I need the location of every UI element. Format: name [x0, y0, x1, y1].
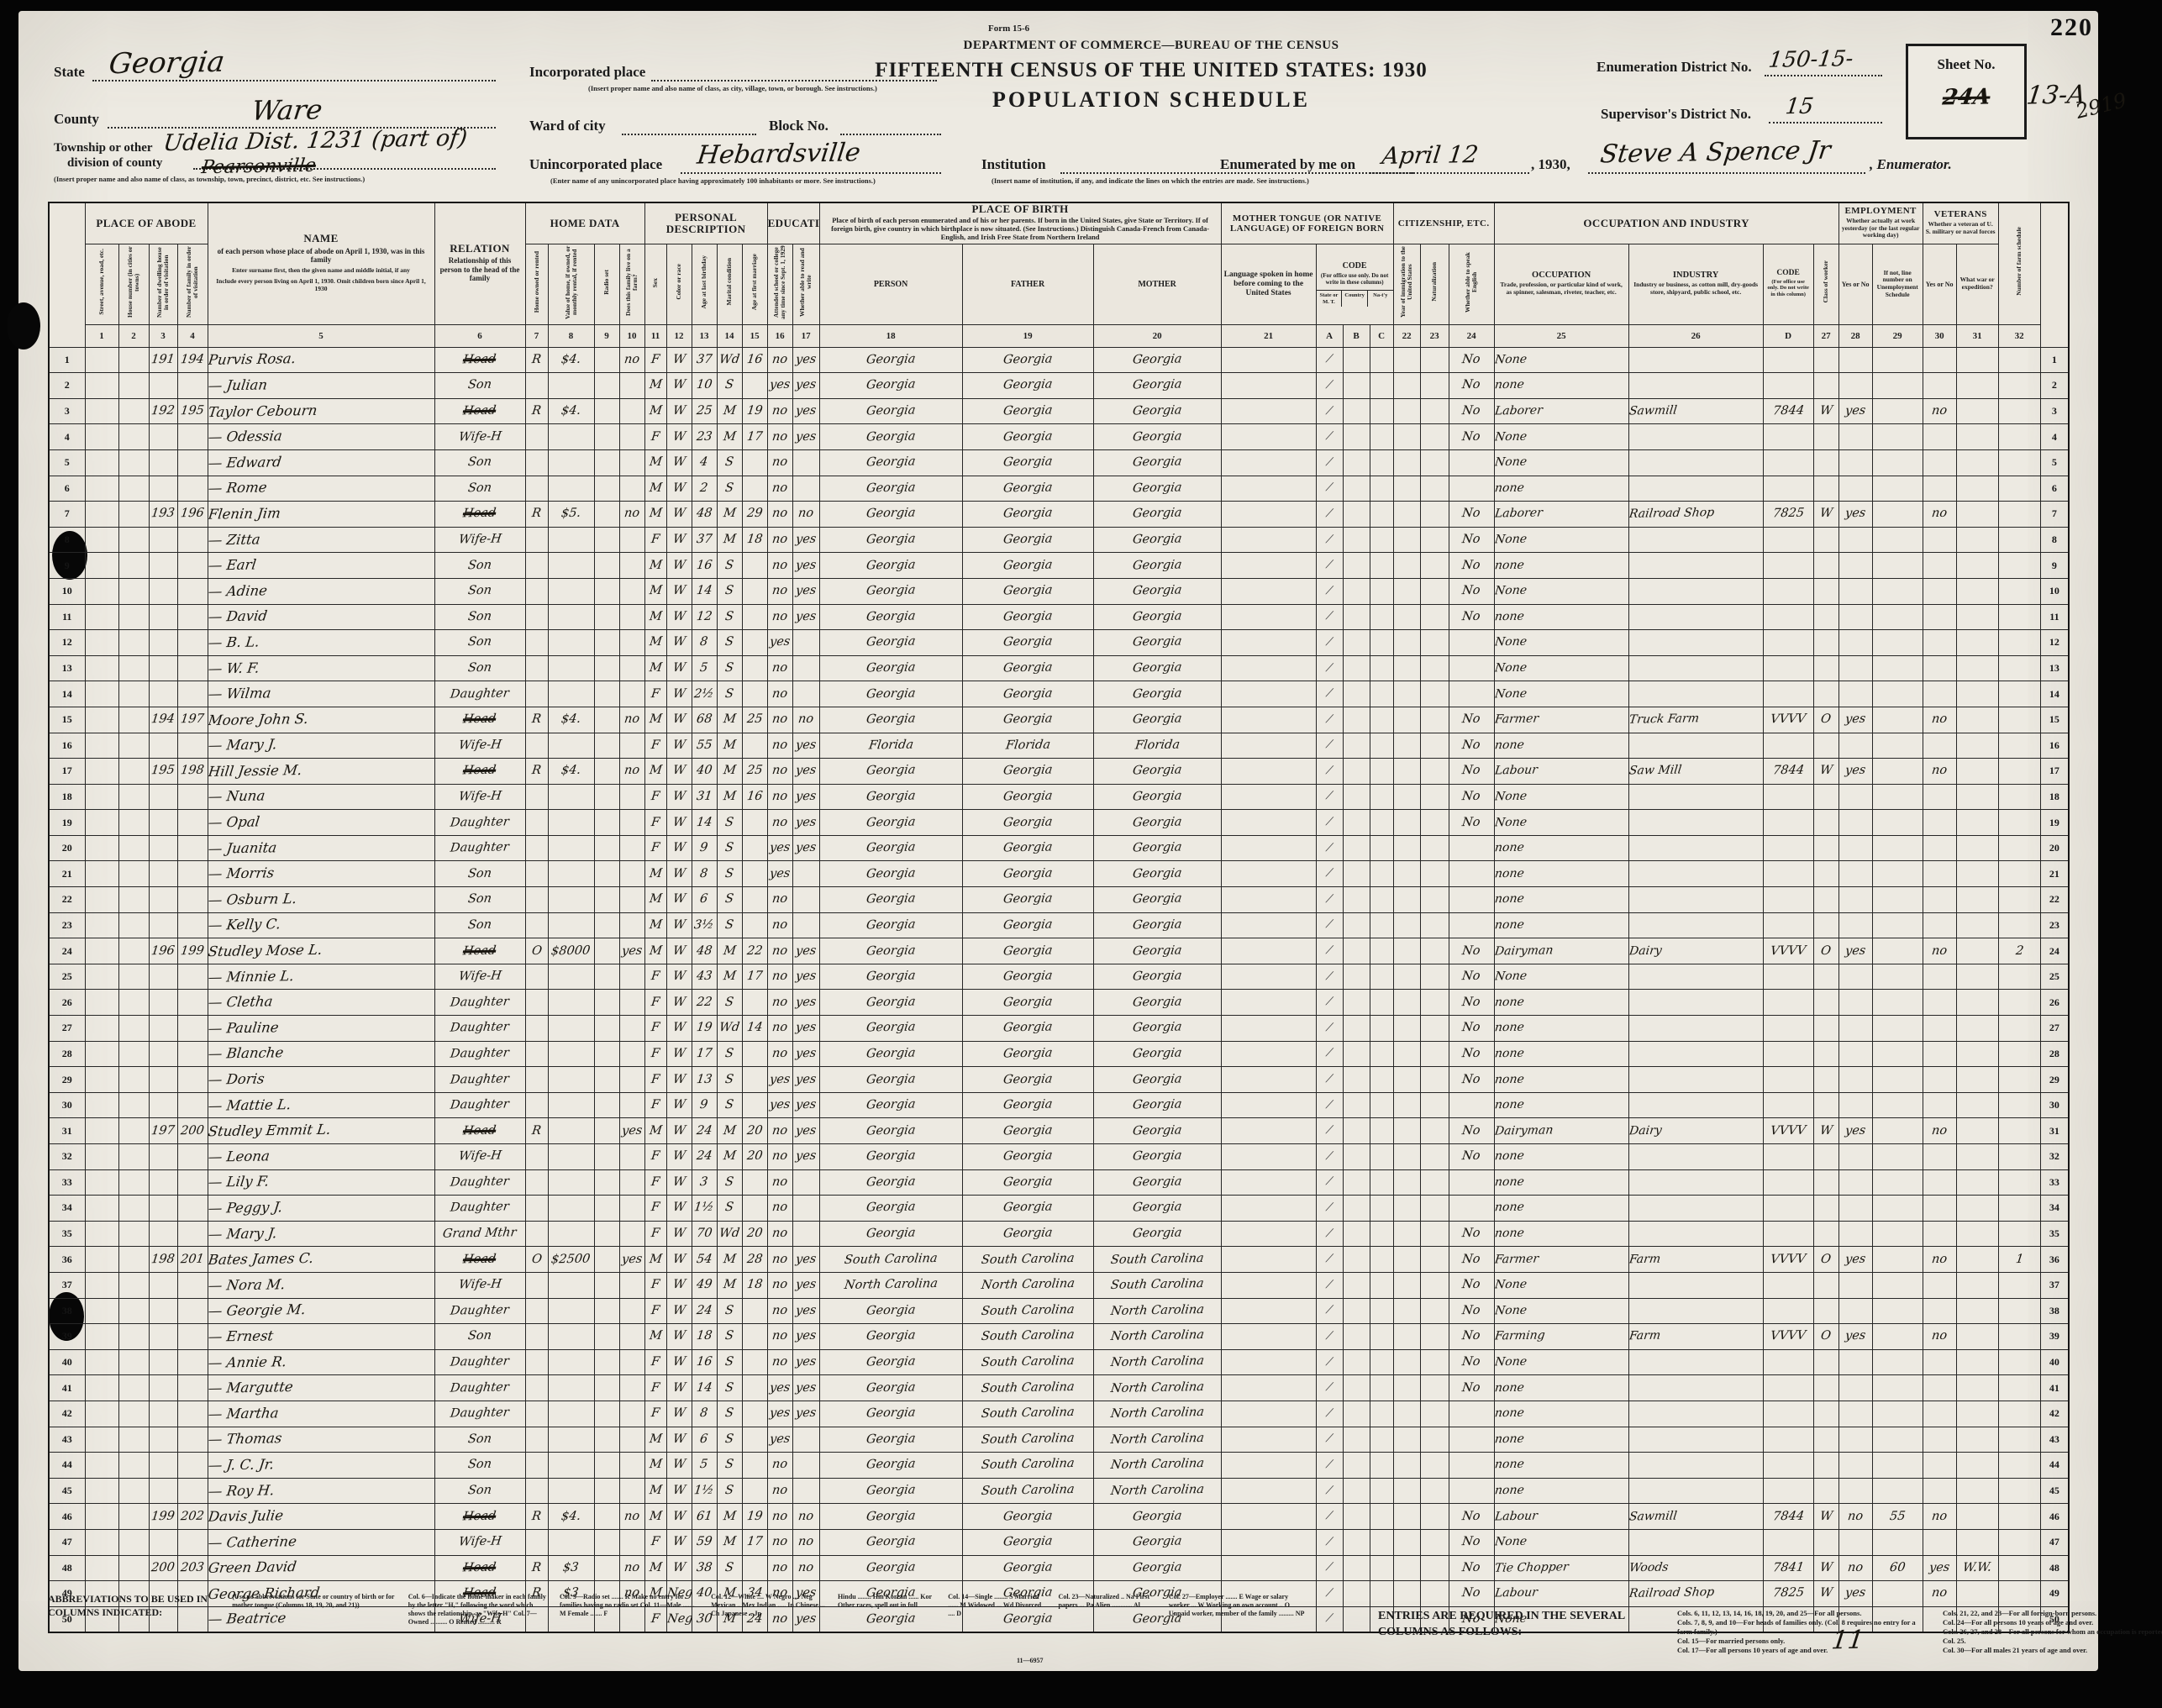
table-row: 45— Roy H.SonMW1½SnoGeorgiaSouth Carolin… — [49, 1478, 2069, 1504]
cell — [149, 733, 177, 759]
cell — [1370, 527, 1393, 553]
cell: Georgia — [1093, 1504, 1221, 1530]
cell — [1628, 1478, 1763, 1504]
cell — [594, 1401, 619, 1427]
column-number: B — [1343, 324, 1370, 347]
cell — [548, 1221, 594, 1247]
cell — [1343, 1324, 1370, 1350]
cell: ⁄ — [1316, 398, 1343, 424]
cell: Head — [434, 1247, 525, 1273]
cell: South Carolina — [962, 1298, 1093, 1324]
cell — [1393, 1272, 1420, 1298]
cell — [548, 1144, 594, 1170]
cell — [1998, 1298, 2040, 1324]
cell — [619, 1298, 644, 1324]
cell: Georgia — [1093, 604, 1221, 630]
cell — [525, 733, 548, 759]
cell — [792, 912, 819, 938]
cell — [1393, 1555, 1420, 1581]
column-number: 10 — [619, 324, 644, 347]
cell: ⁄ — [1316, 1427, 1343, 1453]
cell: F — [644, 1016, 666, 1042]
cell: — Mattie L. — [208, 1092, 434, 1118]
cell — [1420, 1272, 1449, 1298]
cell — [1813, 1067, 1838, 1093]
cell — [1763, 1092, 1813, 1118]
cell — [1872, 1041, 1923, 1067]
cell — [742, 1427, 767, 1453]
cell: ⁄ — [1316, 502, 1343, 528]
cell — [1763, 1144, 1813, 1170]
cell: 24 — [692, 1144, 717, 1170]
cell: W — [666, 1067, 692, 1093]
cell: S — [717, 861, 742, 887]
cell: ⁄ — [1316, 1221, 1343, 1247]
cell — [1763, 990, 1813, 1016]
cell: Hill Jessie M. — [208, 759, 434, 785]
col-language: Language spoken in home before coming to… — [1221, 244, 1316, 324]
column-number: 22 — [1393, 324, 1420, 347]
cell — [1393, 733, 1420, 759]
cell — [1393, 835, 1420, 861]
cell — [594, 578, 619, 604]
cell: Wife-H — [434, 784, 525, 810]
cell — [1872, 707, 1923, 733]
cell — [1956, 1041, 1998, 1067]
cell: S — [717, 835, 742, 861]
cell — [619, 990, 644, 1016]
cell — [149, 1221, 177, 1247]
cell — [118, 938, 149, 964]
cell — [1956, 1478, 1998, 1504]
cell: Georgia — [962, 1067, 1093, 1093]
cell: S — [717, 1298, 742, 1324]
cell — [1370, 655, 1393, 681]
cell — [742, 835, 767, 861]
cell: Farming — [1494, 1324, 1628, 1350]
cell: — Kelly C. — [208, 912, 434, 938]
cell — [1420, 1067, 1449, 1093]
cell: W — [666, 1453, 692, 1479]
table-row: 48200203Green DavidHeadR$3noMW38SnonoGeo… — [49, 1555, 2069, 1581]
cell — [85, 912, 118, 938]
cell — [118, 1375, 149, 1401]
cell: no — [767, 398, 792, 424]
cell: S — [717, 810, 742, 836]
cell: Georgia — [962, 347, 1093, 373]
cell: R — [525, 347, 548, 373]
cell — [1813, 990, 1838, 1016]
col-home-value: Value of home, if owned, or monthly rent… — [548, 244, 594, 324]
cell — [742, 373, 767, 399]
cell: 8 — [692, 630, 717, 656]
cell — [1370, 938, 1393, 964]
cell — [149, 449, 177, 476]
cell: R — [525, 398, 548, 424]
cell: ⁄ — [1316, 1144, 1343, 1170]
cell — [1420, 1555, 1449, 1581]
cell: Son — [434, 887, 525, 913]
cell — [1763, 578, 1813, 604]
cell — [1221, 707, 1316, 733]
cell — [1221, 681, 1316, 707]
unincorporated-label: Unincorporated place — [529, 156, 662, 173]
cell: Georgia — [1093, 759, 1221, 785]
cell — [1763, 1453, 1813, 1479]
cell — [1956, 553, 1998, 579]
cell — [1998, 1324, 2040, 1350]
cell: no — [767, 1349, 792, 1375]
cell — [1370, 964, 1393, 990]
cell: None — [1494, 964, 1628, 990]
cell: Georgia — [819, 861, 962, 887]
cell: S — [717, 630, 742, 656]
cell: 14 — [742, 1016, 767, 1042]
cell — [1370, 707, 1393, 733]
cell — [1393, 1298, 1420, 1324]
cell: S — [717, 449, 742, 476]
cell — [1420, 964, 1449, 990]
cell: — Juanita — [208, 835, 434, 861]
cell — [1628, 424, 1763, 450]
cell — [1998, 1144, 2040, 1170]
cell — [548, 784, 594, 810]
cell — [619, 630, 644, 656]
cell: Georgia — [1093, 1092, 1221, 1118]
cell — [594, 476, 619, 502]
cell — [1813, 553, 1838, 579]
cell: M — [717, 733, 742, 759]
cell — [1420, 990, 1449, 1016]
cell — [1956, 1324, 1998, 1350]
cell: ⁄ — [1316, 449, 1343, 476]
cell — [1420, 1247, 1449, 1273]
cell: No — [1449, 347, 1494, 373]
table-row: 13— W. F.SonMW5SnoGeorgiaGeorgiaGeorgia⁄… — [49, 655, 2069, 681]
block-label: Block No. — [769, 118, 829, 134]
cell — [85, 1504, 118, 1530]
cell — [548, 373, 594, 399]
cell: Georgia — [962, 1118, 1093, 1144]
cell — [1628, 1169, 1763, 1196]
cell: yes — [1838, 1581, 1872, 1607]
cell: Georgia — [819, 655, 962, 681]
cell — [1872, 681, 1923, 707]
cell: Son — [434, 604, 525, 630]
cell — [619, 1478, 644, 1504]
cell: no — [767, 553, 792, 579]
cell: Tie Chopper — [1494, 1555, 1628, 1581]
cell: yes — [792, 553, 819, 579]
cell — [619, 1144, 644, 1170]
cell: None — [1494, 810, 1628, 836]
cell: No — [1449, 938, 1494, 964]
cell: No — [1449, 604, 1494, 630]
cell — [1370, 784, 1393, 810]
cell — [85, 1375, 118, 1401]
cell: S — [717, 1349, 742, 1375]
cell — [1628, 1349, 1763, 1375]
cell — [1370, 476, 1393, 502]
col-age: Age at last birthday — [692, 244, 717, 324]
cell — [1370, 1247, 1393, 1273]
cell: 30 — [49, 1092, 85, 1118]
cell — [1343, 1453, 1370, 1479]
cell: None — [1494, 681, 1628, 707]
cell — [1923, 1427, 1956, 1453]
cell — [1956, 784, 1998, 810]
cell: No — [1449, 527, 1494, 553]
cell: R — [525, 502, 548, 528]
cell — [548, 861, 594, 887]
cell: 5 — [2040, 449, 2069, 476]
cell — [1449, 681, 1494, 707]
cell: ⁄ — [1316, 630, 1343, 656]
cell: 20 — [742, 1118, 767, 1144]
cell: 38 — [49, 1298, 85, 1324]
cell: W — [1813, 1118, 1838, 1144]
cell — [1628, 449, 1763, 476]
cell — [177, 784, 208, 810]
cell — [1956, 1349, 1998, 1375]
cell — [1370, 1427, 1393, 1453]
cell: 47 — [2040, 1529, 2069, 1555]
cell: South Carolina — [962, 1427, 1093, 1453]
col-year-immigration: Year of immigration to the United States — [1393, 244, 1420, 324]
cell — [1872, 1247, 1923, 1273]
cell: Daughter — [434, 835, 525, 861]
table-row: 12— B. L.SonMW8SyesGeorgiaGeorgiaGeorgia… — [49, 630, 2069, 656]
table-row: 24196199Studley Mose L.HeadO$8000yesMW48… — [49, 938, 2069, 964]
cell: W — [666, 1016, 692, 1042]
column-number: 5 — [208, 324, 434, 347]
cell — [1923, 527, 1956, 553]
cell: ⁄ — [1316, 1298, 1343, 1324]
cell: no — [767, 604, 792, 630]
cell: Green David — [208, 1555, 434, 1581]
cell — [1813, 1041, 1838, 1067]
ward-label: Ward of city — [529, 118, 606, 134]
cell: no — [619, 759, 644, 785]
cell: no — [767, 990, 792, 1016]
column-number: 29 — [1872, 324, 1923, 347]
table-row: 16— Mary J.Wife-HFW55MnoyesFloridaFlorid… — [49, 733, 2069, 759]
cell: No — [1449, 707, 1494, 733]
cell — [1838, 861, 1872, 887]
cell: Georgia — [819, 1196, 962, 1222]
cell: 3 — [49, 398, 85, 424]
cell: F — [644, 1169, 666, 1196]
cell: 196 — [149, 938, 177, 964]
cell: W — [666, 733, 692, 759]
cell — [619, 964, 644, 990]
cell — [1628, 784, 1763, 810]
cell: 3 — [2040, 398, 2069, 424]
cell: M — [717, 1529, 742, 1555]
cell — [792, 887, 819, 913]
cell: 25 — [49, 964, 85, 990]
cell — [1813, 630, 1838, 656]
cell: None — [1494, 527, 1628, 553]
cell: ⁄ — [1316, 912, 1343, 938]
cell — [548, 1067, 594, 1093]
cell — [1763, 630, 1813, 656]
cell — [177, 733, 208, 759]
cell: W — [666, 1092, 692, 1118]
cell: F — [644, 784, 666, 810]
cell: Georgia — [962, 784, 1093, 810]
cell: ⁄ — [1316, 784, 1343, 810]
cell: ⁄ — [1316, 1272, 1343, 1298]
cell — [1420, 1529, 1449, 1555]
cell: Georgia — [819, 1478, 962, 1504]
cell — [177, 1272, 208, 1298]
cell — [149, 835, 177, 861]
cell — [1838, 1169, 1872, 1196]
line-col-right — [2040, 202, 2069, 347]
cell — [1221, 630, 1316, 656]
cell: No — [1449, 990, 1494, 1016]
cell: Georgia — [1093, 655, 1221, 681]
table-row: 10— AdineSonMW14SnoyesGeorgiaGeorgiaGeor… — [49, 578, 2069, 604]
cell — [1420, 1478, 1449, 1504]
cell — [1763, 527, 1813, 553]
cell: Georgia — [962, 502, 1093, 528]
cell: 40 — [49, 1349, 85, 1375]
cell — [1872, 424, 1923, 450]
cell: None — [1494, 630, 1628, 656]
cell: ⁄ — [1316, 887, 1343, 913]
cell — [1838, 424, 1872, 450]
column-number: 26 — [1628, 324, 1763, 347]
cell: M — [644, 1453, 666, 1479]
cell: none — [1494, 1144, 1628, 1170]
cell — [1838, 1349, 1872, 1375]
cell: no — [767, 527, 792, 553]
cell — [525, 1375, 548, 1401]
cell — [118, 1169, 149, 1196]
cell — [85, 707, 118, 733]
cell — [118, 1196, 149, 1222]
cell: No — [1449, 1298, 1494, 1324]
cell: F — [644, 424, 666, 450]
cell — [149, 553, 177, 579]
cell — [525, 476, 548, 502]
cell — [1628, 1401, 1763, 1427]
cell — [548, 681, 594, 707]
cell: Florida — [819, 733, 962, 759]
cell — [594, 681, 619, 707]
cell: W — [666, 553, 692, 579]
cell — [1956, 810, 1998, 836]
cell — [1628, 912, 1763, 938]
cell — [1221, 604, 1316, 630]
cell — [85, 835, 118, 861]
cell — [1998, 476, 2040, 502]
cell: Georgia — [962, 527, 1093, 553]
cell — [1813, 810, 1838, 836]
cell: 2 — [1998, 938, 2040, 964]
column-number: 25 — [1494, 324, 1628, 347]
cell: No — [1449, 1118, 1494, 1144]
cell — [1370, 912, 1393, 938]
cell: W — [666, 964, 692, 990]
cell — [149, 1169, 177, 1196]
cell: yes — [792, 835, 819, 861]
cell — [1221, 938, 1316, 964]
cell — [1763, 861, 1813, 887]
cell: W — [666, 912, 692, 938]
cell — [1872, 604, 1923, 630]
cell: S — [717, 1478, 742, 1504]
cell — [118, 1349, 149, 1375]
cell — [1763, 1375, 1813, 1401]
cell — [1393, 1144, 1420, 1170]
cell — [1628, 604, 1763, 630]
cell: 14 — [2040, 681, 2069, 707]
cell — [1420, 655, 1449, 681]
cell: 17 — [49, 759, 85, 785]
cell: yes — [1923, 1555, 1956, 1581]
cell — [1956, 861, 1998, 887]
cell: 40 — [692, 759, 717, 785]
cell — [118, 1118, 149, 1144]
cell: Georgia — [819, 964, 962, 990]
cell — [1956, 733, 1998, 759]
cell — [85, 1529, 118, 1555]
cell: $4. — [548, 1504, 594, 1530]
cell: No — [1449, 1067, 1494, 1093]
cell: Georgia — [962, 373, 1093, 399]
cell: yes — [619, 1118, 644, 1144]
cell: 203 — [177, 1555, 208, 1581]
population-schedule-table: PLACE OF ABODE NAME of each person whose… — [48, 202, 2070, 1633]
cell — [1838, 1298, 1872, 1324]
cell — [525, 681, 548, 707]
cell — [1872, 810, 1923, 836]
cell: no — [792, 502, 819, 528]
cell — [525, 1144, 548, 1170]
cell: South Carolina — [962, 1349, 1093, 1375]
cell: yes — [767, 1401, 792, 1427]
cell — [177, 655, 208, 681]
cell — [619, 1427, 644, 1453]
cell — [1813, 861, 1838, 887]
cell — [1628, 476, 1763, 502]
cell — [1838, 630, 1872, 656]
cell: no — [767, 1555, 792, 1581]
cell — [1838, 553, 1872, 579]
cell — [1872, 553, 1923, 579]
cell: — Blanche — [208, 1041, 434, 1067]
cell: 2 — [2040, 373, 2069, 399]
cell: 7844 — [1763, 759, 1813, 785]
cell: no — [792, 1555, 819, 1581]
cell — [1393, 1427, 1420, 1453]
cell — [1420, 1118, 1449, 1144]
cell — [1221, 1375, 1316, 1401]
cell — [85, 887, 118, 913]
column-number: 11 — [644, 324, 666, 347]
cell — [118, 1298, 149, 1324]
cell — [1872, 527, 1923, 553]
cell — [619, 1401, 644, 1427]
cell — [1370, 578, 1393, 604]
cell: 36 — [2040, 1247, 2069, 1273]
cell — [1420, 912, 1449, 938]
cell — [1763, 1349, 1813, 1375]
cell — [1221, 1453, 1316, 1479]
